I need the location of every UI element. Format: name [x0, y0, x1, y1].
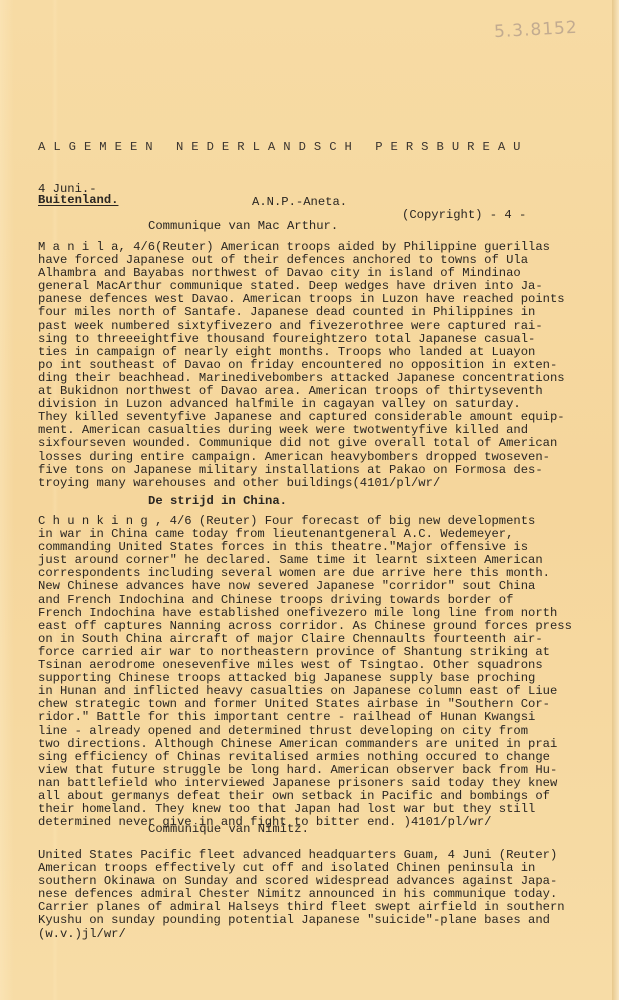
text-line: nan battlefield who interviewed Japanese… — [38, 777, 598, 790]
text-line: past week numbered sixtyfivezero and fiv… — [38, 320, 598, 333]
copyright-page-number: (Copyright) - 4 - — [402, 209, 526, 222]
text-line: po int southeast of Davao on friday enco… — [38, 359, 598, 372]
article-body-nimitz: United States Pacific fleet advanced hea… — [38, 849, 598, 941]
text-line: New Chinese advances have now severed Ja… — [38, 580, 598, 593]
text-line: on in South China aircraft of major Clai… — [38, 633, 598, 646]
article-body-macarthur: M a n i l a, 4/6(Reuter) American troops… — [38, 241, 598, 490]
text-line: sing efficiency of Chinas revitalised ar… — [38, 751, 598, 764]
text-line: ties in campaign of nearly eight months.… — [38, 346, 598, 359]
article-heading-china: De strijd in China. — [148, 495, 287, 508]
text-line: east off captures Nanning across corrido… — [38, 620, 598, 633]
text-line: Kyushu on sunday pounding potential Japa… — [38, 914, 598, 927]
text-line: losses during entire campaign. American … — [38, 451, 598, 464]
agency: A.N.P.-Aneta. — [252, 196, 347, 209]
article-body-china: C h u n k i n g , 4/6 (Reuter) Four fore… — [38, 515, 598, 829]
text-line: determined never give in and fight to bi… — [38, 816, 598, 829]
press-bureau-title: A L G E M E E N N E D E R L A N D S C H … — [38, 141, 521, 154]
article-heading-nimitz: Communique van Nimitz. — [148, 823, 309, 836]
text-line: sing to threeeightfive thousand foureigh… — [38, 333, 598, 346]
text-line: and French Indochina and Chinese troops … — [38, 594, 598, 607]
text-line: line - already opened and determined thr… — [38, 725, 598, 738]
text-line: (w.v.)jl/wr/ — [38, 928, 598, 941]
text-line: four miles north of Santafe. Japanese de… — [38, 306, 598, 319]
text-line: five tons on Japanese military installat… — [38, 464, 598, 477]
page-edge — [612, 0, 619, 1000]
text-line: ridor." Battle for this important centre… — [38, 711, 598, 724]
text-line: French Indochina have established onefiv… — [38, 607, 598, 620]
text-line: two directions. Although Chinese America… — [38, 738, 598, 751]
text-line: view that future struggle be long hard. … — [38, 764, 598, 777]
article-heading-macarthur: Communique van Mac Arthur. — [148, 220, 338, 233]
text-line: sixfourseven wounded. Communique did not… — [38, 437, 598, 450]
section-label: Buitenland. — [38, 194, 118, 207]
text-line: troying many warehouses and other buildi… — [38, 477, 598, 490]
